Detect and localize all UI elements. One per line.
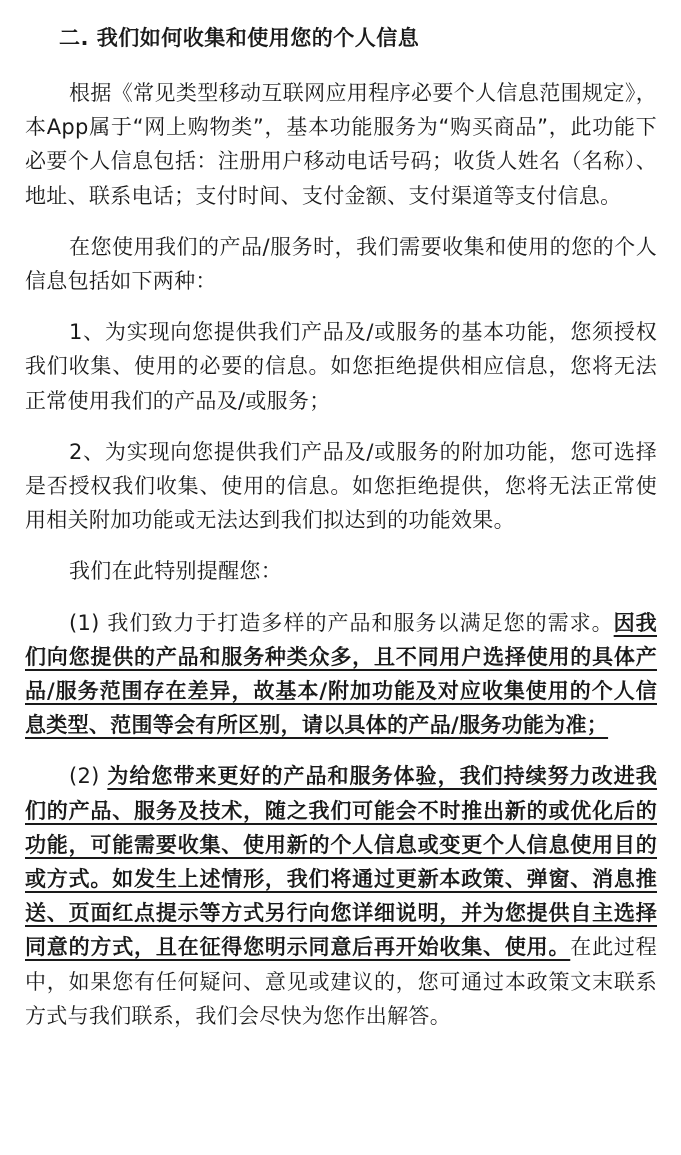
paragraph-necessary-info: 根据《常见类型移动互联网应用程序必要个人信息范围规定》，本App属于“网上购物类… — [25, 76, 657, 213]
reminder-2-emphasis: 为给您带来更好的产品和服务体验，我们持续努力改进我们的产品、服务及技术，随之我们… — [25, 764, 657, 959]
section-heading: 二. 我们如何收集和使用您的个人信息 — [59, 22, 657, 54]
paragraph-additional-functions: 2、为实现向您提供我们产品及/或服务的附加功能，您可选择是否授权我们收集、使用的… — [25, 435, 657, 538]
paragraph-reminder-1: (1) 我们致力于打造多样的产品和服务以满足您的需求。因我们向您提供的产品和服务… — [25, 606, 657, 743]
reminder-1-plain: (1) 我们致力于打造多样的产品和服务以满足您的需求。 — [69, 611, 614, 635]
paragraph-basic-functions: 1、为实现向您提供我们产品及/或服务的基本功能，您须授权我们收集、使用的必要的信… — [25, 315, 657, 418]
privacy-policy-document: 二. 我们如何收集和使用您的个人信息 根据《常见类型移动互联网应用程序必要个人信… — [0, 0, 681, 1033]
paragraph-special-reminder: 我们在此特别提醒您： — [25, 554, 657, 588]
paragraph-two-types-intro: 在您使用我们的产品/服务时，我们需要收集和使用的您的个人信息包括如下两种： — [25, 230, 657, 298]
paragraph-reminder-2: (2) 为给您带来更好的产品和服务体验，我们持续努力改进我们的产品、服务及技术，… — [25, 759, 657, 1033]
reminder-2-prefix: (2) — [69, 764, 107, 788]
